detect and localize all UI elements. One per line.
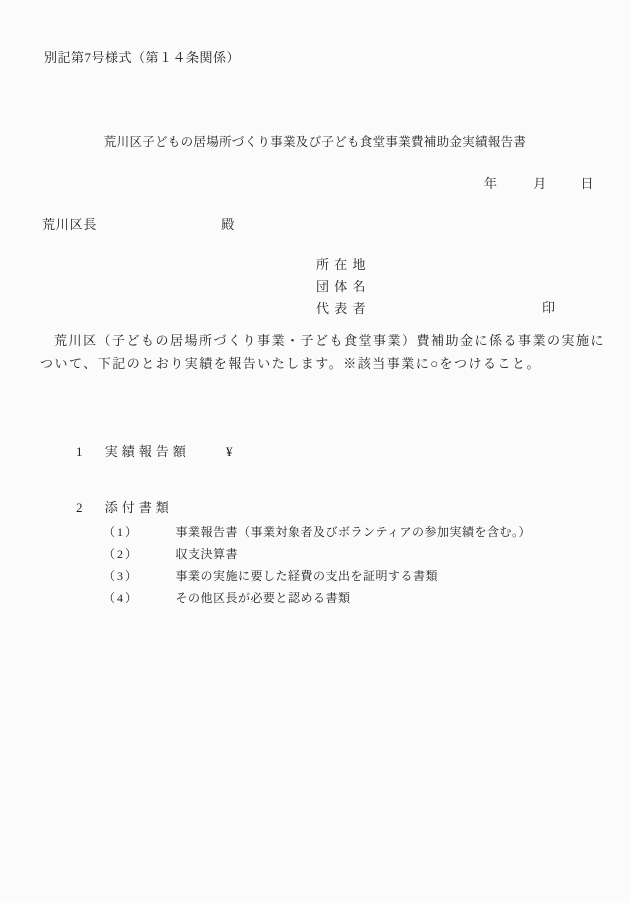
addressee-line: 荒川区長 殿 — [42, 214, 235, 233]
attachment-item-2-number: （2） — [103, 543, 172, 565]
section-2-number: 2 — [76, 500, 83, 515]
address-label: 所 在 地 — [316, 254, 367, 276]
attachment-item-2-text: 収支決算書 — [176, 547, 239, 561]
attachment-item-4-number: （4） — [103, 587, 172, 609]
seal-placeholder: 印 — [542, 297, 555, 316]
document-page: 別記第7号様式（第１４条関係） 荒川区子どもの居場所づくり事業及び子ども食堂事業… — [0, 0, 630, 903]
attachment-item-1: （1） 事業報告書（事業対象者及びボランティアの参加実績を含む。） — [103, 521, 531, 543]
date-day-label: 日 — [581, 176, 594, 191]
attachment-item-2: （2） 収支決算書 — [103, 543, 531, 565]
section-1-heading: 実績報告額 — [105, 444, 190, 459]
date-month-label: 月 — [533, 176, 546, 191]
attachment-item-4-text: その他区長が必要と認める書類 — [176, 591, 351, 605]
attachment-item-3: （3） 事業の実施に要した経費の支出を証明する書類 — [103, 565, 531, 587]
section-2-heading: 添付書類 — [105, 500, 173, 515]
attachment-item-3-number: （3） — [103, 565, 172, 587]
attachment-list: （1） 事業報告書（事業対象者及びボランティアの参加実績を含む。） （2） 収支… — [103, 521, 531, 609]
representative-label: 代 表 者 — [316, 298, 367, 320]
body-paragraph: 荒川区（子どもの居場所づくり事業・子ども食堂事業）費補助金に係る事業の実施につい… — [40, 330, 612, 375]
section-attachments: 2 添付書類 — [76, 497, 173, 516]
party-info-block: 所 在 地 団 体 名 代 表 者 — [316, 254, 367, 320]
yen-symbol: ¥ — [226, 444, 233, 459]
attachment-item-4: （4） その他区長が必要と認める書類 — [103, 587, 531, 609]
attachment-item-3-text: 事業の実施に要した経費の支出を証明する書類 — [176, 569, 439, 583]
section-1-number: 1 — [76, 444, 83, 459]
date-year-label: 年 — [484, 176, 497, 191]
form-number: 別記第7号様式（第１４条関係） — [44, 47, 240, 66]
document-title: 荒川区子どもの居場所づくり事業及び子ども食堂事業費補助金実績報告書 — [0, 132, 630, 150]
addressee-name: 荒川区長 — [42, 217, 97, 232]
section-report-amount: 1 実績報告額 ¥ — [76, 441, 233, 460]
attachment-item-1-text: 事業報告書（事業対象者及びボランティアの参加実績を含む。） — [176, 525, 532, 539]
addressee-honorific: 殿 — [221, 217, 235, 232]
attachment-item-1-number: （1） — [103, 521, 172, 543]
date-line: 年 月 日 — [484, 173, 594, 192]
organization-name-label: 団 体 名 — [316, 276, 367, 298]
